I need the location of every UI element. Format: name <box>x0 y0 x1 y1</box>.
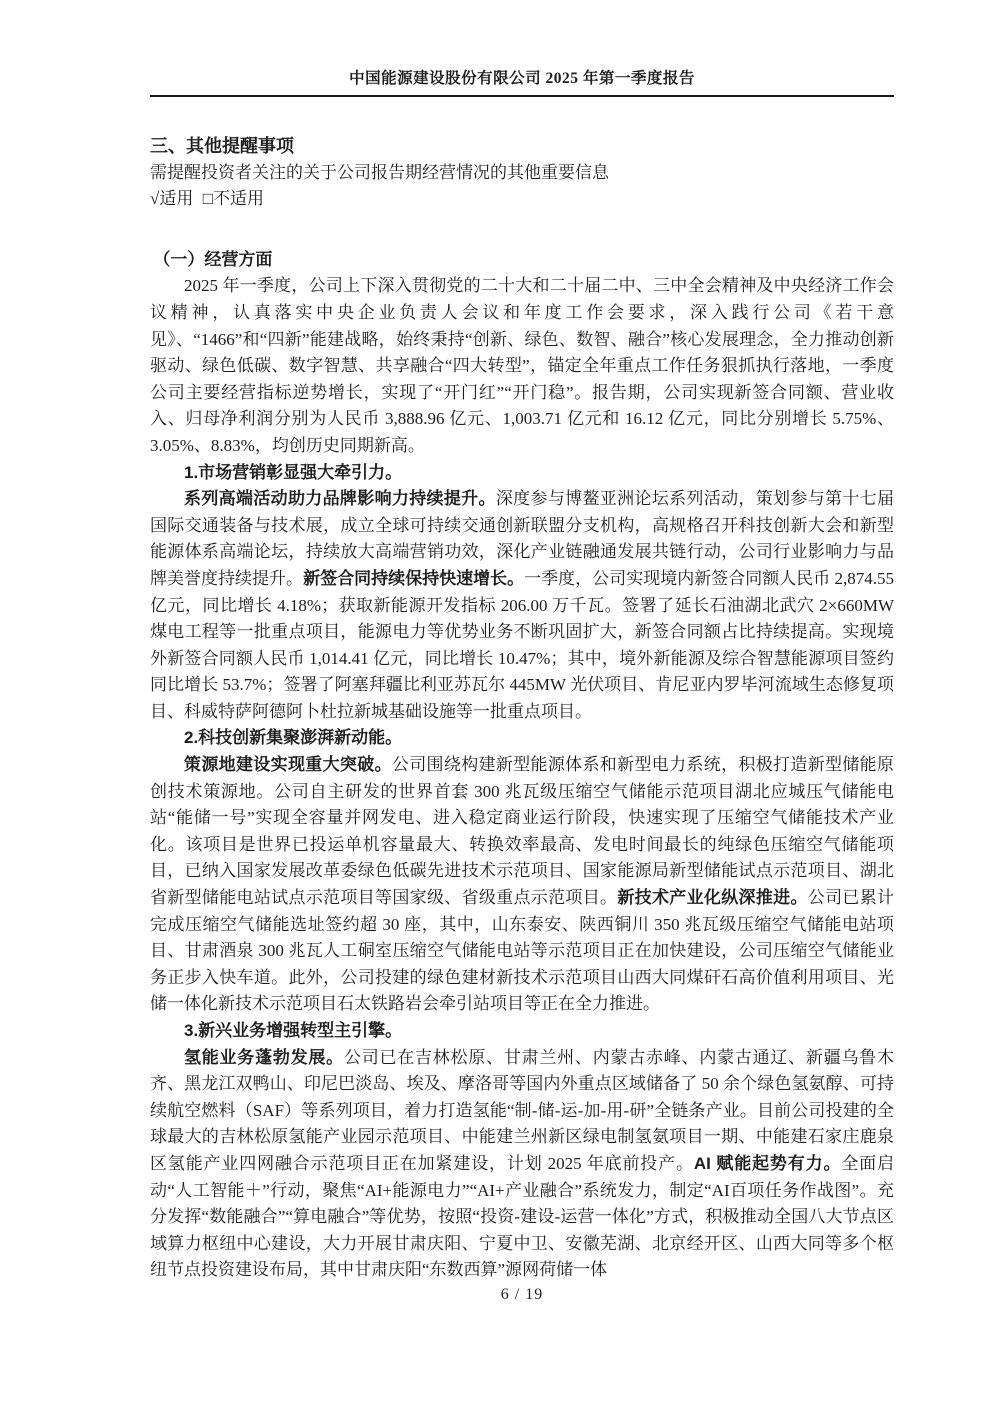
overview-paragraph: 2025 年一季度，公司上下深入贯彻党的二十大和二十届二中、三中全会精神及中央经… <box>150 273 894 459</box>
item1-paragraph: 系列高端活动助力品牌影响力持续提升。深度参与博鳌亚洲论坛系列活动，策划参与第十七… <box>150 486 894 725</box>
section-intro-text: 需提醒投资者关注的关于公司报告期经营情况的其他重要信息 <box>150 160 894 187</box>
item2-text1: 公司围绕构建新型能源体系和新型电力系统，积极打造新型储能原创技术策源地。公司自主… <box>150 755 894 907</box>
document-body: 三、其他提醒事项 需提醒投资者关注的关于公司报告期经营情况的其他重要信息 √适用… <box>150 133 894 1284</box>
item1-lead1: 系列高端活动助力品牌影响力持续提升。 <box>184 489 496 508</box>
applicable-label: 适用 <box>159 189 193 208</box>
not-applicable-label: 不适用 <box>213 189 264 208</box>
item3-lead2: AI 赋能起势有力。 <box>694 1154 841 1173</box>
item1-text2: 一季度，公司实现境内新签合同额人民币 2,874.55 亿元，同比增长 4.18… <box>150 569 894 721</box>
item1-heading: 1.市场营销彰显强大牵引力。 <box>150 460 894 487</box>
document-page: 中国能源建设股份有限公司 2025 年第一季度报告 三、其他提醒事项 需提醒投资… <box>0 0 1000 1414</box>
subsection-heading: （一）经营方面 <box>150 247 894 274</box>
item2-paragraph: 策源地建设实现重大突破。公司围绕构建新型能源体系和新型电力系统，积极打造新型储能… <box>150 752 894 1018</box>
check-icon: √ <box>150 189 159 208</box>
applicability-line: √适用□不适用 <box>150 186 894 213</box>
item2-lead1: 策源地建设实现重大突破。 <box>184 755 392 774</box>
item2-lead2: 新技术产业化纵深推进。 <box>617 888 807 907</box>
item3-lead1: 氢能业务蓬勃发展。 <box>184 1048 344 1067</box>
item2-heading: 2.科技创新集聚澎湃新动能。 <box>150 725 894 752</box>
item3-paragraph: 氢能业务蓬勃发展。公司已在吉林松原、甘肃兰州、内蒙古赤峰、内蒙古通辽、新疆乌鲁木… <box>150 1045 894 1284</box>
item3-heading: 3.新兴业务增强转型主引擎。 <box>150 1018 894 1045</box>
report-title: 中国能源建设股份有限公司 2025 年第一季度报告 <box>150 66 894 88</box>
page-number: 6 / 19 <box>501 1286 543 1303</box>
section-heading: 三、其他提醒事项 <box>150 133 894 160</box>
page-header: 中国能源建设股份有限公司 2025 年第一季度报告 <box>150 66 894 97</box>
page-footer: 6 / 19 <box>150 1286 894 1304</box>
item1-lead2: 新签合同持续保持快速增长。 <box>303 569 524 588</box>
checkbox-empty-icon: □ <box>203 189 213 208</box>
